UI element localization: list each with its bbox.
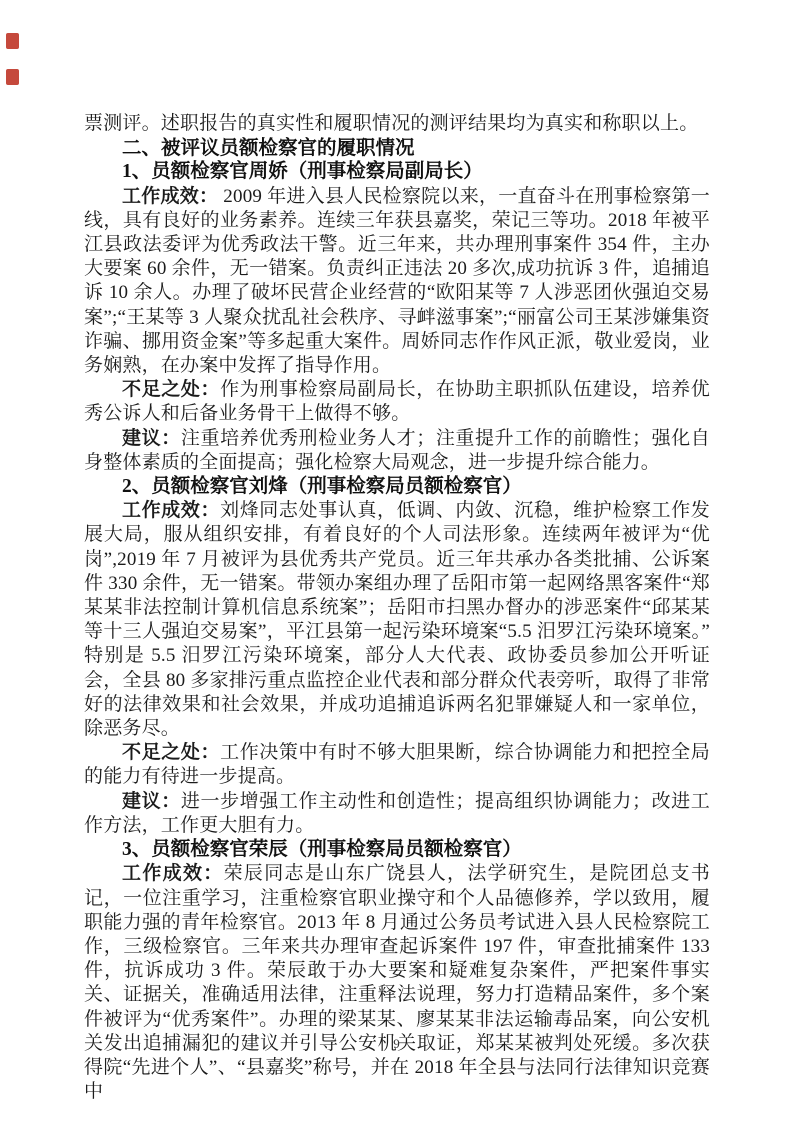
red-mark-icon — [6, 69, 19, 85]
lead-label: 不足之处： — [122, 379, 220, 400]
sub-heading-prosecutor-1: 1、员额检察官周娇（刑事检察局副局长） — [84, 160, 710, 184]
lead-label: 工作成效： — [122, 186, 218, 207]
document-page: 票测评。述职报告的真实性和履职情况的测评结果均为真实和称职以上。 二、被评议员额… — [0, 0, 793, 1122]
paragraph-text: 刘烽同志处事认真，低调、内敛、沉稳，维护检察工作发展大局，服从组织安排，有着良好… — [84, 500, 710, 739]
lead-label: 建议： — [122, 428, 181, 449]
red-mark-icon — [6, 33, 19, 49]
paragraph-text: 荣辰同志是山东广饶县人，法学研究生，是院团总支书记，一位注重学习，注重检察官职业… — [84, 863, 710, 1102]
page-number: 9 — [0, 1036, 793, 1052]
sub-heading-prosecutor-3: 3、员额检察官荣辰（刑事检察局员额检察官） — [84, 838, 710, 862]
document-body: 票测评。述职报告的真实性和履职情况的测评结果均为真实和称职以上。 二、被评议员额… — [84, 112, 710, 1104]
paragraph-achievements-2: 工作成效：刘烽同志处事认真，低调、内敛、沉稳，维护检察工作发展大局，服从组织安排… — [84, 499, 710, 741]
section-heading: 二、被评议员额检察官的履职情况 — [84, 136, 710, 160]
paragraph-suggestion-1: 建议：注重培养优秀刑检业务人才；注重提升工作的前瞻性；强化自身整体素质的全面提高… — [84, 427, 710, 475]
lead-label: 工作成效： — [122, 500, 220, 521]
lead-label: 不足之处： — [122, 742, 220, 763]
paragraph-suggestion-2: 建议：进一步增强工作主动性和创造性；提高组织协调能力；改进工作方法，工作更大胆有… — [84, 790, 710, 838]
paragraph-achievements-1: 工作成效： 2009 年进入县人民检察院以来，一直奋斗在刑事检察第一线，具有良好… — [84, 185, 710, 379]
paragraph-achievements-3: 工作成效：荣辰同志是山东广饶县人，法学研究生，是院团总支书记，一位注重学习，注重… — [84, 862, 710, 1104]
sub-heading-prosecutor-2: 2、员额检察官刘烽（刑事检察局员额检察官） — [84, 475, 710, 499]
paragraph-text: 2009 年进入县人民检察院以来，一直奋斗在刑事检察第一线，具有良好的业务素养。… — [84, 186, 710, 376]
lead-label: 建议： — [122, 791, 181, 812]
paragraph-shortcomings-1: 不足之处：作为刑事检察局副局长，在协助主职抓队伍建设，培养优秀公诉人和后备业务骨… — [84, 378, 710, 426]
paragraph-continuation: 票测评。述职报告的真实性和履职情况的测评结果均为真实和称职以上。 — [84, 112, 710, 136]
paragraph-shortcomings-2: 不足之处：工作决策中有时不够大胆果断，综合协调能力和把控全局的能力有待进一步提高… — [84, 741, 710, 789]
lead-label: 工作成效： — [122, 863, 224, 884]
